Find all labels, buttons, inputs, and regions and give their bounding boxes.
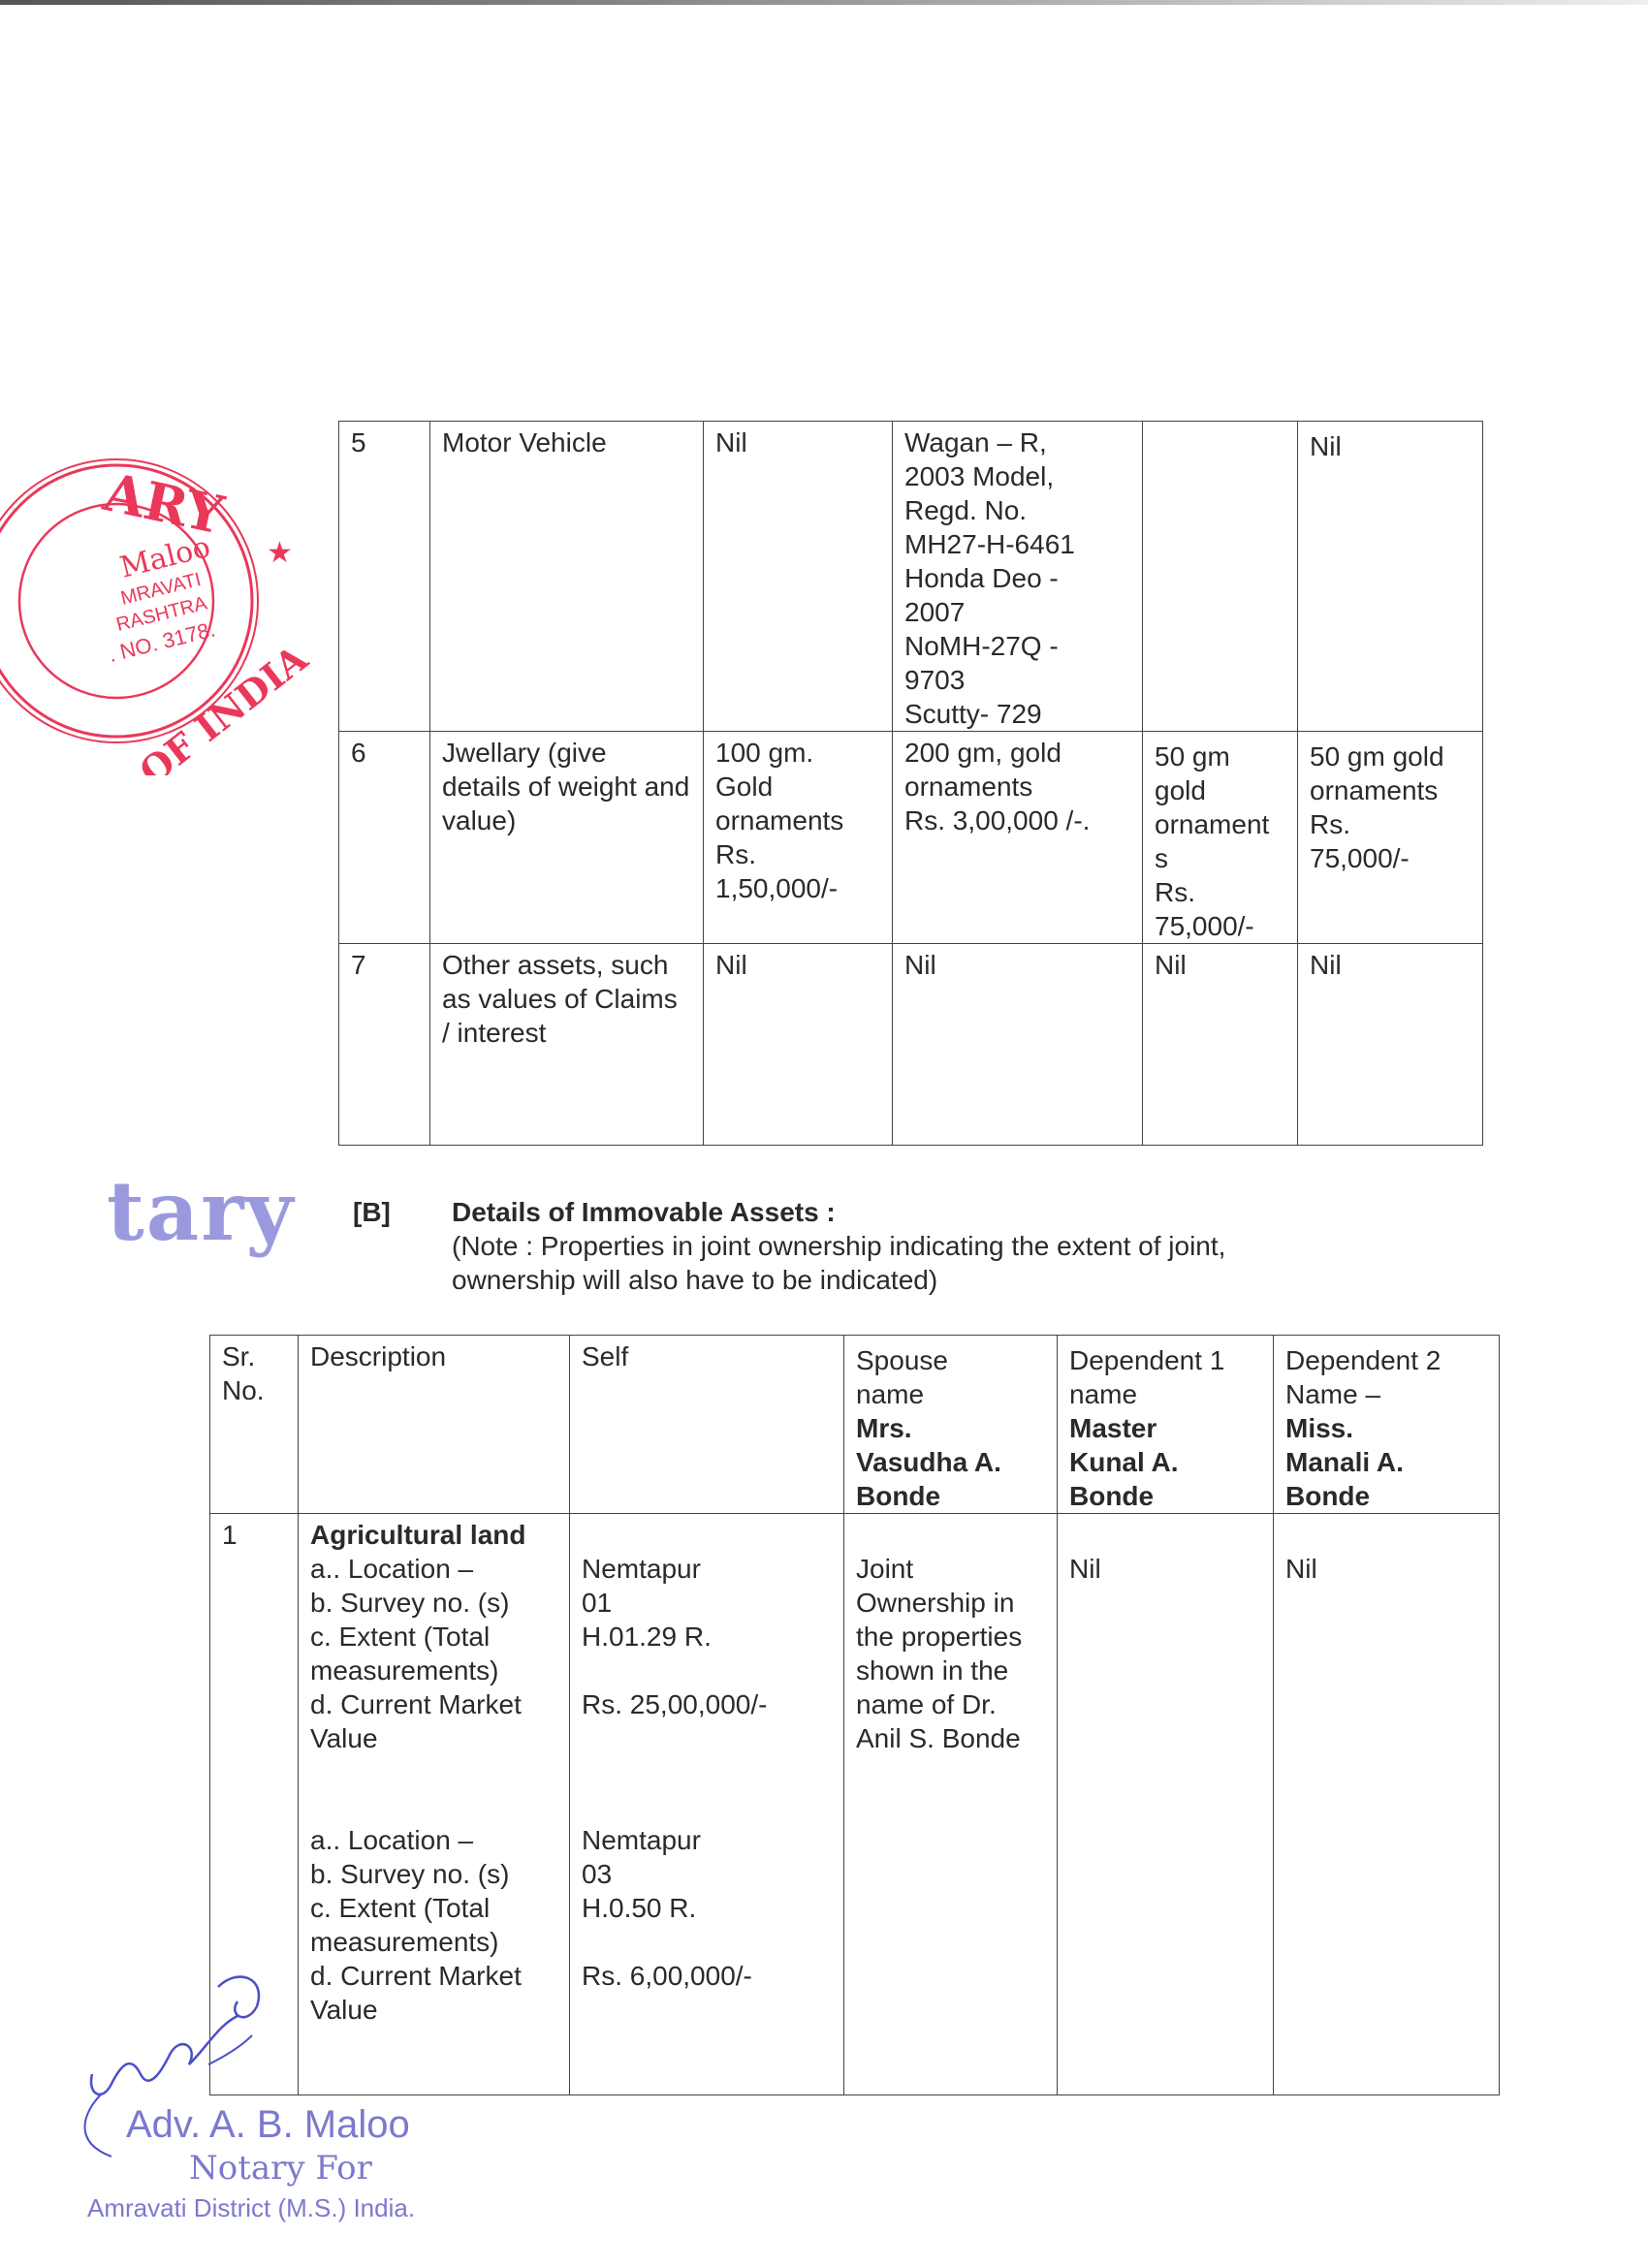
sr-no-cell: 1 <box>210 1514 299 2095</box>
svg-text:★: ★ <box>267 537 293 569</box>
self-value-2: Nemtapur 03 H.0.50 R. Rs. 6,00,000/- <box>582 1823 832 1993</box>
section-title: Details of Immovable Assets : <box>452 1195 1421 1229</box>
spouse-cell: Wagan – R, 2003 Model, Regd. No. MH27-H-… <box>893 422 1143 732</box>
header-dependent2-label: Dependent 2 Name – <box>1285 1343 1487 1411</box>
table-row: 1 Agricultural land a.. Location – b. Su… <box>210 1514 1500 2095</box>
description-cell: Other assets, such as values of Claims /… <box>430 944 704 1146</box>
description-items-2: a.. Location – b. Survey no. (s) c. Exte… <box>310 1823 557 2027</box>
svg-text:RASHTRA: RASHTRA <box>114 592 210 636</box>
section-note: (Note : Properties in joint ownership in… <box>452 1229 1324 1297</box>
description-cell: Motor Vehicle <box>430 422 704 732</box>
self-cell: Nemtapur 01 H.01.29 R. Rs. 25,00,000/- N… <box>570 1514 844 2095</box>
movable-assets-table: 5 Motor Vehicle Nil Wagan – R, 2003 Mode… <box>338 421 1483 1146</box>
notary-seal-icon: ARY Maloo MRAVATI RASHTRA . NO. 3178. ★ … <box>0 407 330 775</box>
self-cell: Nil <box>704 944 893 1146</box>
notary-side-stamp: tary <box>107 1163 295 1259</box>
svg-text:ARY: ARY <box>98 460 231 547</box>
header-description: Description <box>299 1336 570 1514</box>
header-dependent1-name: Master Kunal A. Bonde <box>1069 1411 1261 1513</box>
dependent2-cell: Nil <box>1298 422 1483 732</box>
svg-text:Maloo: Maloo <box>116 530 213 585</box>
table-row: 6 Jwellary (give details of weight and v… <box>339 732 1483 944</box>
header-dependent1: Dependent 1 name Master Kunal A. Bonde <box>1058 1336 1274 1514</box>
notary-stamp: Adv. A. B. Maloo Notary For Amravati Dis… <box>87 2103 415 2223</box>
header-spouse-label: Spouse name <box>856 1343 1045 1411</box>
dependent1-cell: Nil <box>1058 1514 1274 2095</box>
immovable-assets-table: Sr. No. Description Self Spouse name Mrs… <box>209 1335 1500 2095</box>
dependent1-cell: 50 gm gold ornament s Rs. 75,000/- <box>1143 732 1298 944</box>
header-dependent2: Dependent 2 Name – Miss. Manali A. Bonde <box>1274 1336 1500 1514</box>
description-title: Agricultural land <box>310 1518 557 1552</box>
self-cell: 100 gm. Gold ornaments Rs. 1,50,000/- <box>704 732 893 944</box>
header-spouse: Spouse name Mrs. Vasudha A. Bonde <box>844 1336 1058 1514</box>
svg-text:OF INDIA: OF INDIA <box>131 636 315 775</box>
header-sr-no: Sr. No. <box>210 1336 299 1514</box>
description-cell: Agricultural land a.. Location – b. Surv… <box>299 1514 570 2095</box>
dependent2-cell: Nil <box>1298 944 1483 1146</box>
sr-no-cell: 7 <box>339 944 430 1146</box>
header-dependent1-label: Dependent 1 name <box>1069 1343 1261 1411</box>
spouse-cell: 200 gm, gold ornaments Rs. 3,00,000 /-. <box>893 732 1143 944</box>
description-items-1: a.. Location – b. Survey no. (s) c. Exte… <box>310 1552 557 1755</box>
description-cell: Jwellary (give details of weight and val… <box>430 732 704 944</box>
spouse-cell: Nil <box>893 944 1143 1146</box>
header-dependent2-name: Miss. Manali A. Bonde <box>1285 1411 1487 1513</box>
notary-name: Adv. A. B. Maloo <box>126 2103 415 2147</box>
header-self: Self <box>570 1336 844 1514</box>
sr-no-cell: 6 <box>339 732 430 944</box>
notary-district: Amravati District (M.S.) India. <box>87 2193 415 2223</box>
sr-no-cell: 5 <box>339 422 430 732</box>
table-row: 5 Motor Vehicle Nil Wagan – R, 2003 Mode… <box>339 422 1483 732</box>
table-row: 7 Other assets, such as values of Claims… <box>339 944 1483 1146</box>
notary-for: Notary For <box>189 2149 415 2188</box>
svg-text:. NO. 3178.: . NO. 3178. <box>106 616 217 666</box>
self-cell: Nil <box>704 422 893 732</box>
scan-edge <box>0 0 1648 5</box>
self-value-1: Nemtapur 01 H.01.29 R. Rs. 25,00,000/- <box>582 1518 832 1721</box>
table-header-row: Sr. No. Description Self Spouse name Mrs… <box>210 1336 1500 1514</box>
header-spouse-name: Mrs. Vasudha A. Bonde <box>856 1411 1045 1513</box>
section-label: [B] <box>353 1195 411 1229</box>
dependent2-cell: 50 gm gold ornaments Rs. 75,000/- <box>1298 732 1483 944</box>
svg-text:MRAVATI: MRAVATI <box>118 569 203 610</box>
dependent1-cell: Nil <box>1143 944 1298 1146</box>
dependent1-cell <box>1143 422 1298 732</box>
spouse-cell: Joint Ownership in the properties shown … <box>844 1514 1058 2095</box>
dependent2-cell: Nil <box>1274 1514 1500 2095</box>
